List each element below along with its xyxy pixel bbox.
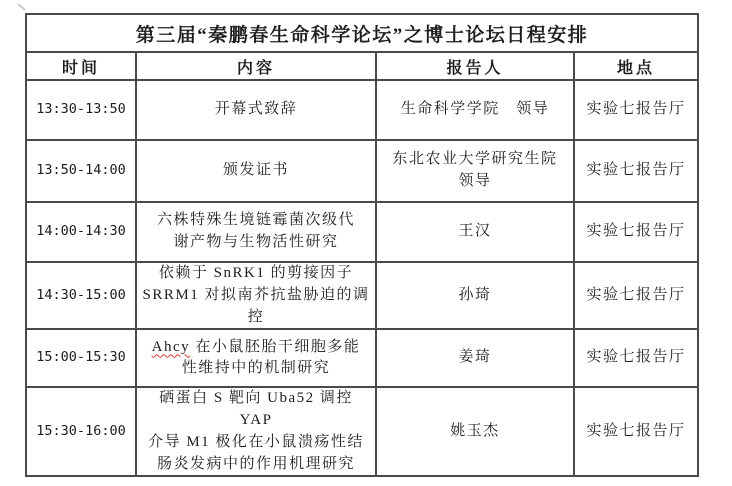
content-cell: 硒蛋白 S 靶向 Uba52 调控 YAP 介导 M1 极化在小鼠溃疡性结 肠炎… [136,387,376,476]
corner-smudge-mark [17,3,25,10]
col-header-speaker: 报告人 [376,52,574,80]
speaker-cell: 姜琦 [376,329,574,387]
content-text: 在小鼠胚胎干细胞多能 性维持中的机制研究 [182,339,361,377]
schedule-row: 14:30-15:00 依赖于 SnRK1 的剪接因子 SRRM1 对拟南芥抗盐… [26,262,698,329]
col-header-content: 内容 [136,52,376,80]
col-header-location: 地点 [574,52,698,80]
speaker-cell: 生命科学学院 领导 [376,80,574,140]
content-cell: 颁发证书 [136,140,376,202]
document-page: { "title": "第三届“秦鹏春生命科学论坛”之博士论坛日程安排", "c… [0,0,732,486]
time-cell: 15:00-15:30 [26,329,136,387]
speaker-cell: 姚玉杰 [376,387,574,476]
content-cell: 开幕式致辞 [136,80,376,140]
time-cell: 13:30-13:50 [26,80,136,140]
time-cell: 14:00-14:30 [26,202,136,262]
location-cell: 实验七报告厅 [574,329,698,387]
time-cell: 13:50-14:00 [26,140,136,202]
time-cell: 14:30-15:00 [26,262,136,329]
location-cell: 实验七报告厅 [574,387,698,476]
schedule-row: 15:30-16:00 硒蛋白 S 靶向 Uba52 调控 YAP 介导 M1 … [26,387,698,476]
schedule-row: 15:00-15:30 Ahcy 在小鼠胚胎干细胞多能 性维持中的机制研究 姜琦… [26,329,698,387]
time-cell: 15:30-16:00 [26,387,136,476]
table-title: 第三届“秦鹏春生命科学论坛”之博士论坛日程安排 [26,14,698,52]
location-cell: 实验七报告厅 [574,262,698,329]
content-cell: Ahcy 在小鼠胚胎干细胞多能 性维持中的机制研究 [136,329,376,387]
forum-schedule-table: 第三届“秦鹏春生命科学论坛”之博士论坛日程安排 时间 内容 报告人 地点 13:… [25,13,699,477]
speaker-cell: 孙琦 [376,262,574,329]
speaker-cell: 王汉 [376,202,574,262]
schedule-row: 14:00-14:30 六株特殊生境链霉菌次级代 谢产物与生物活性研究 王汉 实… [26,202,698,262]
spellchecked-word: Ahcy [152,339,191,355]
col-header-time: 时间 [26,52,136,80]
schedule-row: 13:50-14:00 颁发证书 东北农业大学研究生院 领导 实验七报告厅 [26,140,698,202]
table-header-row: 时间 内容 报告人 地点 [26,52,698,80]
location-cell: 实验七报告厅 [574,140,698,202]
content-cell: 六株特殊生境链霉菌次级代 谢产物与生物活性研究 [136,202,376,262]
schedule-row: 13:30-13:50 开幕式致辞 生命科学学院 领导 实验七报告厅 [26,80,698,140]
content-cell: 依赖于 SnRK1 的剪接因子 SRRM1 对拟南芥抗盐胁迫的调 控 [136,262,376,329]
table-title-row: 第三届“秦鹏春生命科学论坛”之博士论坛日程安排 [26,14,698,52]
speaker-cell: 东北农业大学研究生院 领导 [376,140,574,202]
location-cell: 实验七报告厅 [574,202,698,262]
location-cell: 实验七报告厅 [574,80,698,140]
